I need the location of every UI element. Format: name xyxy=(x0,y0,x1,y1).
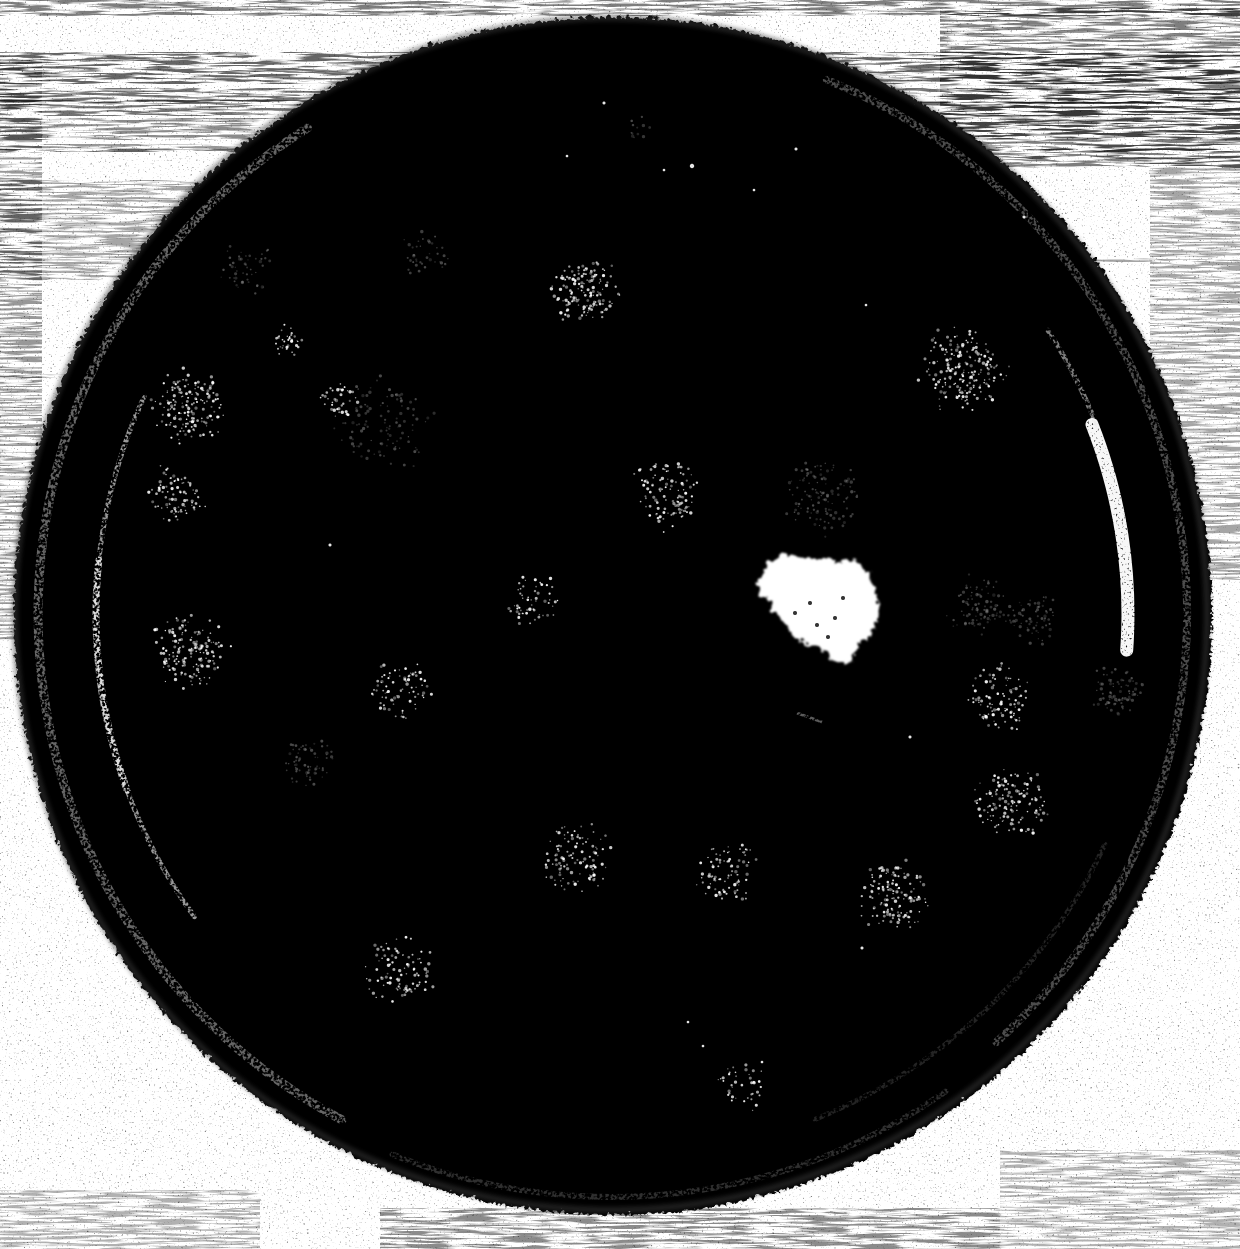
scanned-photo xyxy=(0,0,1240,1249)
glare-dark-pore xyxy=(826,635,830,639)
stray-speck xyxy=(861,947,864,950)
dish-edge-soft-layer xyxy=(15,18,1207,1210)
scan-noise-band xyxy=(0,1190,260,1249)
scan-noise-band xyxy=(1000,1150,1240,1249)
glare-dark-pore xyxy=(815,623,819,627)
glare-dark-pore xyxy=(793,611,797,615)
stray-speck xyxy=(663,169,666,172)
scanned-photo-figure xyxy=(0,0,1240,1249)
scan-noise-band xyxy=(380,1208,1000,1249)
stray-speck xyxy=(687,1021,690,1024)
stray-speck xyxy=(690,164,694,168)
stray-speck xyxy=(761,1061,764,1064)
stray-speck xyxy=(753,189,756,192)
glare-dark-pore xyxy=(808,601,812,605)
stray-speck xyxy=(603,102,606,105)
glare-dark-pore xyxy=(841,596,845,600)
stray-speck xyxy=(795,148,798,151)
stray-speck xyxy=(329,544,332,547)
stray-speck xyxy=(909,736,912,739)
stray-speck xyxy=(865,304,868,307)
stray-speck xyxy=(566,155,569,158)
stray-speck xyxy=(1023,216,1026,219)
glare-dark-pore xyxy=(833,616,837,620)
scan-noise-band xyxy=(940,8,1240,168)
stray-speck xyxy=(702,1045,705,1048)
dish-interior-dust xyxy=(20,23,1202,1205)
